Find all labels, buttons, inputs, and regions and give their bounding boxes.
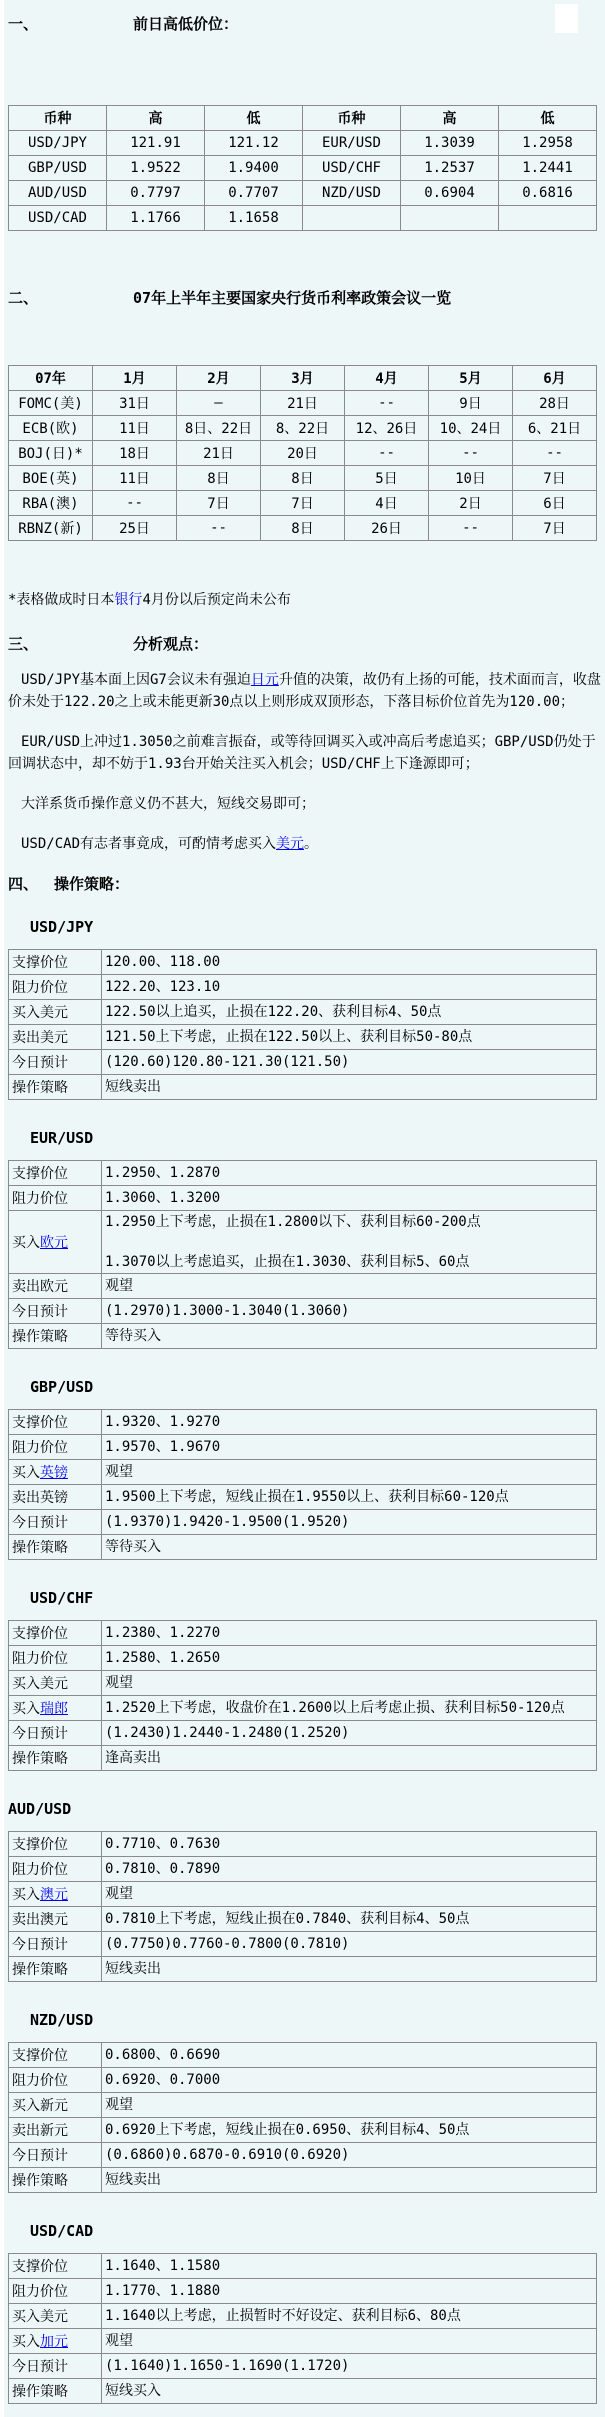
row-label-cell: AUD/USD [9,181,107,206]
strategy-row-label: 阻力价位 [9,1435,102,1460]
strategy-row: 买入新元观望 [9,2093,597,2118]
analysis-paragraph: USD/CAD有志者事竟成，可酌情考虑买入美元。 [8,833,603,855]
value-cell: -- [513,441,597,466]
strategy-row: 买入欧元1.2950上下考虑，止损在1.2800以下、获利目标60-200点 1… [9,1211,597,1274]
strategy-row: 阻力价位0.6920、0.7000 [9,2068,597,2093]
strategy-row: 今日预计(0.6860)0.6870-0.6910(0.6920) [9,2143,597,2168]
currency-link[interactable]: 英镑 [40,1465,68,1481]
text-segment: 4月份以后预定尚未公布 [142,592,290,608]
strategy-row-value: 120.00、118.00 [102,950,597,975]
pair-block-gbp-usd: GBP/USD支撑价位1.9320、1.9270阻力价位1.9570、1.967… [8,1377,603,1560]
value-cell: 8日 [177,466,261,491]
strategy-row-label: 操作策略 [9,2379,102,2404]
strategy-row-value: 等待买入 [102,1535,597,1560]
strategy-value-line: 观望 [105,2095,593,2115]
strategy-value-line: 122.20、123.10 [105,977,593,997]
value-cell: 8日 [261,466,345,491]
strategy-row-value: 1.2950上下考虑，止损在1.2800以下、获利目标60-200点 1.307… [102,1211,597,1274]
strategy-row-label: 操作策略 [9,1957,102,1982]
strategy-value-line: (120.60)120.80-121.30(121.50) [105,1052,593,1072]
strategy-row-value: 逢高卖出 [102,1746,597,1771]
strategy-row: 操作策略短线买入 [9,2379,597,2404]
value-cell: 20日 [261,441,345,466]
table-row: USD/JPY121.91121.12EUR/USD1.30391.2958 [9,131,597,156]
section2-heading: 二、07年上半年主要国家央行货币利率政策会议一览 [8,287,603,309]
table-header-row: 币种高低币种高低 [9,106,597,131]
column-header: 5月 [429,366,513,391]
strategy-row-value: 0.6920、0.7000 [102,2068,597,2093]
strategy-value-line [105,1232,593,1252]
strategy-table-usd-jpy: 支撑价位120.00、118.00阻力价位122.20、123.10买入美元12… [8,949,597,1100]
strategy-value-line: (0.7750)0.7760-0.7800(0.7810) [105,1934,593,1954]
prev-day-high-low-table: 币种高低币种高低USD/JPY121.91121.12EUR/USD1.3039… [8,105,597,231]
currency-link[interactable]: 银行 [114,592,142,608]
text-segment: 操作策略 [12,1329,68,1345]
value-cell: -- [177,516,261,541]
forex-daily-report-page: 一、前日高低价位： 币种高低币种高低USD/JPY121.91121.12EUR… [0,0,605,2417]
strategy-row-label: 买入加元 [9,2329,102,2354]
strategy-value-line: 120.00、118.00 [105,952,593,972]
value-cell: EUR/USD [303,131,401,156]
strategy-row-label: 买入美元 [9,2304,102,2329]
strategy-row-label: 今日预计 [9,1721,102,1746]
strategy-row: 今日预计(1.9370)1.9420-1.9500(1.9520) [9,1510,597,1535]
strategy-value-line: 1.2950上下考虑，止损在1.2800以下、获利目标60-200点 [105,1212,593,1232]
strategy-row-value: 1.9500上下考虑，短线止损在1.9550以上、获利目标60-120点 [102,1485,597,1510]
strategy-row-value: 1.2380、1.2270 [102,1621,597,1646]
strategy-row: 买入加元观望 [9,2329,597,2354]
pair-heading-usd-jpy: USD/JPY [30,917,603,937]
text-segment: 阻力价位 [12,1191,68,1207]
strategy-row: 阻力价位1.9570、1.9670 [9,1435,597,1460]
strategy-row-value: 观望 [102,2093,597,2118]
text-segment: 买入 [12,1465,40,1481]
strategy-value-line: 1.1770、1.1880 [105,2281,593,2301]
strategy-row-label: 今日预计 [9,2354,102,2379]
strategy-row: 买入瑞郎1.2520上下考虑，收盘价在1.2600以上后考虑止损、获利目标50-… [9,1696,597,1721]
strategy-row: 买入澳元观望 [9,1882,597,1907]
column-header: 4月 [345,366,429,391]
value-cell: -- [429,516,513,541]
strategy-row-value: 观望 [102,1671,597,1696]
strategy-row-label: 支撑价位 [9,950,102,975]
section1-title: 前日高低价位： [133,15,238,33]
strategy-row-label: 操作策略 [9,2168,102,2193]
strategy-row: 买入英镑观望 [9,1460,597,1485]
column-header: 低 [499,106,597,131]
currency-link[interactable]: 欧元 [40,1235,68,1251]
strategy-row: 卖出新元0.6920上下考虑，短线止损在0.6950、获利目标4、50点 [9,2118,597,2143]
pair-block-nzd-usd: NZD/USD支撑价位0.6800、0.6690阻力价位0.6920、0.700… [8,2010,603,2193]
value-cell: 9日 [429,391,513,416]
strategy-value-line: (1.1640)1.1650-1.1690(1.1720) [105,2356,593,2376]
text-segment: 阻力价位 [12,980,68,996]
text-segment: 操作策略 [12,2173,68,2189]
strategy-value-line: 1.2580、1.2650 [105,1648,593,1668]
currency-link[interactable]: 加元 [40,2334,68,2350]
table-header-row: 07年1月2月3月4月5月6月 [9,366,597,391]
section3-marker: 三、 [8,635,38,653]
strategy-table-aud-usd: 支撑价位0.7710、0.7630阻力价位0.7810、0.7890买入澳元观望… [8,1831,597,1982]
strategy-row-value: 0.7810上下考虑，短线止损在0.7840、获利目标4、50点 [102,1907,597,1932]
strategy-value-line: 逢高卖出 [105,1748,593,1768]
strategy-row-value: 观望 [102,1460,597,1485]
value-cell: 26日 [345,516,429,541]
strategy-row-label: 支撑价位 [9,1410,102,1435]
text-segment: 卖出澳元 [12,1912,68,1928]
strategy-row-value: 0.7710、0.7630 [102,1832,597,1857]
pair-heading-usd-cad: USD/CAD [30,2221,603,2241]
strategy-value-line: 1.9570、1.9670 [105,1437,593,1457]
strategy-value-line: 122.50以上追买，止损在122.20、获利目标4、50点 [105,1002,593,1022]
table-row: USD/CAD1.17661.1658 [9,206,597,231]
text-segment: *表格做成时日本 [8,592,114,608]
currency-link[interactable]: 美元 [276,836,304,852]
section1-marker: 一、 [8,15,38,33]
text-segment: EUR/USD上冲过1.3050之前难言振奋，或等待回调买入或冲高后考虑追买；G… [8,734,596,772]
text-segment: 买入 [12,2334,40,2350]
analysis-paragraph: EUR/USD上冲过1.3050之前难言振奋，或等待回调买入或冲高后考虑追买；G… [8,731,603,775]
strategy-table-nzd-usd: 支撑价位0.6800、0.6690阻力价位0.6920、0.7000买入新元观望… [8,2042,597,2193]
value-cell: 8日、22日 [177,416,261,441]
strategy-row-label: 阻力价位 [9,975,102,1000]
strategy-row-value: (0.6860)0.6870-0.6910(0.6920) [102,2143,597,2168]
value-cell: -- [345,391,429,416]
strategy-row: 操作策略短线卖出 [9,1957,597,1982]
text-segment: 大洋系货币操作意义仍不甚大，短线交易即可； [21,796,315,812]
value-cell [499,206,597,231]
strategy-value-line: (0.6860)0.6870-0.6910(0.6920) [105,2145,593,2165]
text-segment: 操作策略 [12,1962,68,1978]
text-segment: 今日预计 [12,2359,68,2375]
text-segment: 买入 [12,1235,40,1251]
value-cell: — [177,391,261,416]
row-label-cell: RBA(澳) [9,491,93,516]
table-row: RBA(澳)--7日7日4日2日6日 [9,491,597,516]
strategy-value-line: 等待买入 [105,1326,593,1346]
strategy-row: 支撑价位0.6800、0.6690 [9,2043,597,2068]
strategy-row-label: 卖出欧元 [9,1274,102,1299]
strategy-row: 阻力价位1.2580、1.2650 [9,1646,597,1671]
text-segment: 今日预计 [12,1937,68,1953]
strategy-row: 操作策略逢高卖出 [9,1746,597,1771]
strategy-row-value: 等待买入 [102,1324,597,1349]
strategy-row-value: 0.7810、0.7890 [102,1857,597,1882]
strategy-row-value: (1.2430)1.2440-1.2480(1.2520) [102,1721,597,1746]
strategy-row-label: 今日预计 [9,1299,102,1324]
strategy-row: 买入美元观望 [9,1671,597,1696]
row-label-cell: BOJ(日)* [9,441,93,466]
text-segment: 支撑价位 [12,955,68,971]
strategy-value-line: 121.50上下考虑，止损在122.50以上、获利目标50-80点 [105,1027,593,1047]
strategy-value-line: 观望 [105,1673,593,1693]
strategy-row-label: 今日预计 [9,1932,102,1957]
strategy-row-label: 支撑价位 [9,2254,102,2279]
strategy-row-label: 卖出英镑 [9,1485,102,1510]
value-cell: 18日 [93,441,177,466]
strategy-row-label: 卖出澳元 [9,1907,102,1932]
strategy-row-label: 操作策略 [9,1535,102,1560]
pair-block-aud-usd: AUD/USD支撑价位0.7710、0.7630阻力价位0.7810、0.789… [8,1799,603,1982]
pair-heading-usd-chf: USD/CHF [30,1588,603,1608]
column-header: 07年 [9,366,93,391]
column-header: 币种 [303,106,401,131]
strategy-row-label: 阻力价位 [9,1857,102,1882]
strategy-row-value: 观望 [102,2329,597,2354]
currency-link[interactable]: 日元 [251,672,279,688]
section4-heading: 四、操作策略： [8,873,603,895]
value-cell: 7日 [177,491,261,516]
strategy-row-label: 买入英镑 [9,1460,102,1485]
strategy-row: 操作策略短线卖出 [9,2168,597,2193]
strategy-value-line: 0.7810上下考虑，短线止损在0.7840、获利目标4、50点 [105,1909,593,1929]
value-cell: 1.9522 [107,156,205,181]
text-segment: 操作策略 [12,1080,68,1096]
value-cell: 7日 [513,516,597,541]
text-segment: 今日预计 [12,1726,68,1742]
text-segment: 卖出欧元 [12,1279,68,1295]
strategy-row-label: 阻力价位 [9,1186,102,1211]
strategy-value-line: (1.9370)1.9420-1.9500(1.9520) [105,1512,593,1532]
strategy-row-value: 1.2950、1.2870 [102,1161,597,1186]
strategy-value-line: 1.2950、1.2870 [105,1163,593,1183]
strategy-row: 支撑价位120.00、118.00 [9,950,597,975]
text-segment: 操作策略 [12,1751,68,1767]
strategy-table-gbp-usd: 支撑价位1.9320、1.9270阻力价位1.9570、1.9670买入英镑观望… [8,1409,597,1560]
strategy-row-value: (1.1640)1.1650-1.1690(1.1720) [102,2354,597,2379]
analysis-paragraph: 大洋系货币操作意义仍不甚大，短线交易即可； [8,793,603,815]
text-segment: 今日预计 [12,1515,68,1531]
value-cell: 6日 [513,491,597,516]
strategy-row-value: 1.2520上下考虑，收盘价在1.2600以上后考虑止损、获利目标50-120点 [102,1696,597,1721]
strategy-value-line: 1.2380、1.2270 [105,1623,593,1643]
section1-heading: 一、前日高低价位： [8,13,603,35]
strategy-row-value: 1.1640以上考虑，止损暂时不好设定、获利目标6、80点 [102,2304,597,2329]
value-cell: 0.7797 [107,181,205,206]
text-segment: 支撑价位 [12,2259,68,2275]
row-label-cell: USD/JPY [9,131,107,156]
strategy-value-line: 0.6800、0.6690 [105,2045,593,2065]
strategy-row-label: 买入美元 [9,1000,102,1025]
value-cell: 11日 [93,466,177,491]
strategy-row-label: 买入美元 [9,1671,102,1696]
strategy-row-label: 买入瑞郎 [9,1696,102,1721]
column-header: 低 [205,106,303,131]
strategy-table-usd-chf: 支撑价位1.2380、1.2270阻力价位1.2580、1.2650买入美元观望… [8,1620,597,1771]
text-segment: 买入美元 [12,1676,68,1692]
value-cell: 25日 [93,516,177,541]
strategy-row-value: (120.60)120.80-121.30(121.50) [102,1050,597,1075]
strategy-value-line: 1.3060、1.3200 [105,1188,593,1208]
strategy-row-value: 122.20、123.10 [102,975,597,1000]
row-label-cell: GBP/USD [9,156,107,181]
value-cell: 21日 [261,391,345,416]
strategy-row-label: 支撑价位 [9,2043,102,2068]
pair-block-eur-usd: EUR/USD支撑价位1.2950、1.2870阻力价位1.3060、1.320… [8,1128,603,1349]
strategy-value-line: 观望 [105,1884,593,1904]
strategy-value-line: 0.7810、0.7890 [105,1859,593,1879]
strategy-row-label: 买入新元 [9,2093,102,2118]
strategy-row: 买入美元122.50以上追买，止损在122.20、获利目标4、50点 [9,1000,597,1025]
currency-link[interactable]: 澳元 [40,1887,68,1903]
strategy-row-value: 1.9320、1.9270 [102,1410,597,1435]
table-row: RBNZ(新)25日--8日26日--7日 [9,516,597,541]
strategy-row-value: 1.9570、1.9670 [102,1435,597,1460]
strategy-row: 支撑价位1.1640、1.1580 [9,2254,597,2279]
strategy-row: 今日预计(1.2970)1.3000-1.3040(1.3060) [9,1299,597,1324]
strategy-row-value: 121.50上下考虑，止损在122.50以上、获利目标50-80点 [102,1025,597,1050]
strategy-row-label: 阻力价位 [9,2068,102,2093]
value-cell: 28日 [513,391,597,416]
strategy-row: 操作策略等待买入 [9,1324,597,1349]
value-cell: 8日 [261,516,345,541]
value-cell [303,206,401,231]
strategy-row-value: 1.3060、1.3200 [102,1186,597,1211]
central-bank-meetings-table: 07年1月2月3月4月5月6月FOMC(美)31日—21日--9日28日ECB(… [8,365,597,541]
text-segment: 买入美元 [12,2309,68,2325]
value-cell: -- [93,491,177,516]
value-cell: 1.2958 [499,131,597,156]
strategy-value-line: 1.9320、1.9270 [105,1412,593,1432]
text-segment: 操作策略 [12,2384,68,2400]
value-cell: 21日 [177,441,261,466]
strategy-row-value: 1.2580、1.2650 [102,1646,597,1671]
pair-heading-aud-usd: AUD/USD [8,1799,603,1819]
strategy-value-line: 等待买入 [105,1537,593,1557]
table-row: FOMC(美)31日—21日--9日28日 [9,391,597,416]
analysis-paragraph: USD/JPY基本面上因G7会议未有强迫日元升值的决策，故仍有上扬的可能，技术面… [8,669,603,713]
strategy-row-label: 今日预计 [9,1510,102,1535]
strategy-row: 支撑价位1.2950、1.2870 [9,1161,597,1186]
strategy-row-label: 阻力价位 [9,2279,102,2304]
value-cell: 12、26日 [345,416,429,441]
column-header: 币种 [9,106,107,131]
value-cell: -- [345,441,429,466]
section3-title: 分析观点： [133,635,208,653]
strategy-row-label: 今日预计 [9,1050,102,1075]
text-segment: 阻力价位 [12,1440,68,1456]
strategy-value-line: 0.6920上下考虑，短线止损在0.6950、获利目标4、50点 [105,2120,593,2140]
value-cell: 11日 [93,416,177,441]
strategy-row: 支撑价位1.2380、1.2270 [9,1621,597,1646]
placeholder-box [555,4,578,33]
row-label-cell: RBNZ(新) [9,516,93,541]
strategy-row-label: 支撑价位 [9,1832,102,1857]
strategy-value-line: 0.7710、0.7630 [105,1834,593,1854]
value-cell: USD/CHF [303,156,401,181]
strategy-row-value: 观望 [102,1274,597,1299]
strategy-row-value: (1.2970)1.3000-1.3040(1.3060) [102,1299,597,1324]
strategy-row: 今日预计(120.60)120.80-121.30(121.50) [9,1050,597,1075]
strategy-value-line: 短线买入 [105,2381,593,2401]
table-row: BOE(英)11日8日8日5日10日7日 [9,466,597,491]
strategy-row-label: 买入澳元 [9,1882,102,1907]
table-footnote: *表格做成时日本银行4月份以后预定尚未公布 [8,589,603,611]
column-header: 3月 [261,366,345,391]
strategy-table-eur-usd: 支撑价位1.2950、1.2870阻力价位1.3060、1.3200买入欧元1.… [8,1160,597,1349]
strategy-value-line: 观望 [105,2331,593,2351]
text-segment: 支撑价位 [12,1166,68,1182]
strategy-row-value: 观望 [102,1882,597,1907]
strategy-tables-container: USD/JPY支撑价位120.00、118.00阻力价位122.20、123.1… [8,917,603,2404]
text-segment: 买入 [12,1887,40,1903]
value-cell: 10日 [429,466,513,491]
value-cell: -- [429,441,513,466]
section2-title: 07年上半年主要国家央行货币利率政策会议一览 [133,289,451,307]
column-header: 高 [107,106,205,131]
strategy-value-line: (1.2430)1.2440-1.2480(1.2520) [105,1723,593,1743]
strategy-row-label: 今日预计 [9,2143,102,2168]
value-cell: 7日 [513,466,597,491]
text-segment: 支撑价位 [12,2048,68,2064]
value-cell: 5日 [345,466,429,491]
row-label-cell: USD/CAD [9,206,107,231]
strategy-row: 卖出澳元0.7810上下考虑，短线止损在0.7840、获利目标4、50点 [9,1907,597,1932]
text-segment: 今日预计 [12,2148,68,2164]
strategy-row: 今日预计(1.1640)1.1650-1.1690(1.1720) [9,2354,597,2379]
strategy-row: 阻力价位1.3060、1.3200 [9,1186,597,1211]
value-cell: 10、24日 [429,416,513,441]
strategy-row-label: 卖出美元 [9,1025,102,1050]
value-cell: 1.1658 [205,206,303,231]
strategy-row: 支撑价位1.9320、1.9270 [9,1410,597,1435]
text-segment: 卖出新元 [12,2123,68,2139]
strategy-row-label: 买入欧元 [9,1211,102,1274]
pair-heading-eur-usd: EUR/USD [30,1128,603,1148]
value-cell: 121.91 [107,131,205,156]
strategy-value-line: 1.9500上下考虑，短线止损在1.9550以上、获利目标60-120点 [105,1487,593,1507]
strategy-value-line: 1.2520上下考虑，收盘价在1.2600以上后考虑止损、获利目标50-120点 [105,1698,593,1718]
text-segment: USD/CAD有志者事竟成，可酌情考虑买入 [21,836,276,852]
text-segment: 支撑价位 [12,1837,68,1853]
value-cell: 0.6816 [499,181,597,206]
text-segment: 买入 [12,1701,40,1717]
strategy-row: 阻力价位122.20、123.10 [9,975,597,1000]
strategy-row-value: 0.6920上下考虑，短线止损在0.6950、获利目标4、50点 [102,2118,597,2143]
column-header: 6月 [513,366,597,391]
section3-heading: 三、分析观点： [8,633,603,655]
value-cell: 1.9400 [205,156,303,181]
text-segment: 买入美元 [12,1005,68,1021]
value-cell: 31日 [93,391,177,416]
strategy-row: 今日预计(1.2430)1.2440-1.2480(1.2520) [9,1721,597,1746]
strategy-row-label: 操作策略 [9,1746,102,1771]
text-segment: 阻力价位 [12,1651,68,1667]
value-cell: 121.12 [205,131,303,156]
row-label-cell: FOMC(美) [9,391,93,416]
strategy-value-line: 观望 [105,1276,593,1296]
strategy-row: 卖出欧元观望 [9,1274,597,1299]
strategy-row-value: 短线买入 [102,2379,597,2404]
value-cell: 1.2537 [401,156,499,181]
column-header: 2月 [177,366,261,391]
value-cell: 8、22日 [261,416,345,441]
strategy-value-line: 观望 [105,1462,593,1482]
strategy-value-line: (1.2970)1.3000-1.3040(1.3060) [105,1301,593,1321]
value-cell: 0.7707 [205,181,303,206]
text-segment: USD/JPY基本面上因G7会议未有强迫 [21,672,251,688]
value-cell: 6、21日 [513,416,597,441]
row-label-cell: BOE(英) [9,466,93,491]
strategy-table-usd-cad: 支撑价位1.1640、1.1580阻力价位1.1770、1.1880买入美元1.… [8,2253,597,2404]
table-row: BOJ(日)*18日21日20日------ [9,441,597,466]
row-label-cell: ECB(欧) [9,416,93,441]
strategy-value-line: 0.6920、0.7000 [105,2070,593,2090]
section4-title: 操作策略： [54,875,129,893]
strategy-value-line: 1.1640、1.1580 [105,2256,593,2276]
value-cell: 0.6904 [401,181,499,206]
currency-link[interactable]: 瑞郎 [40,1701,68,1717]
